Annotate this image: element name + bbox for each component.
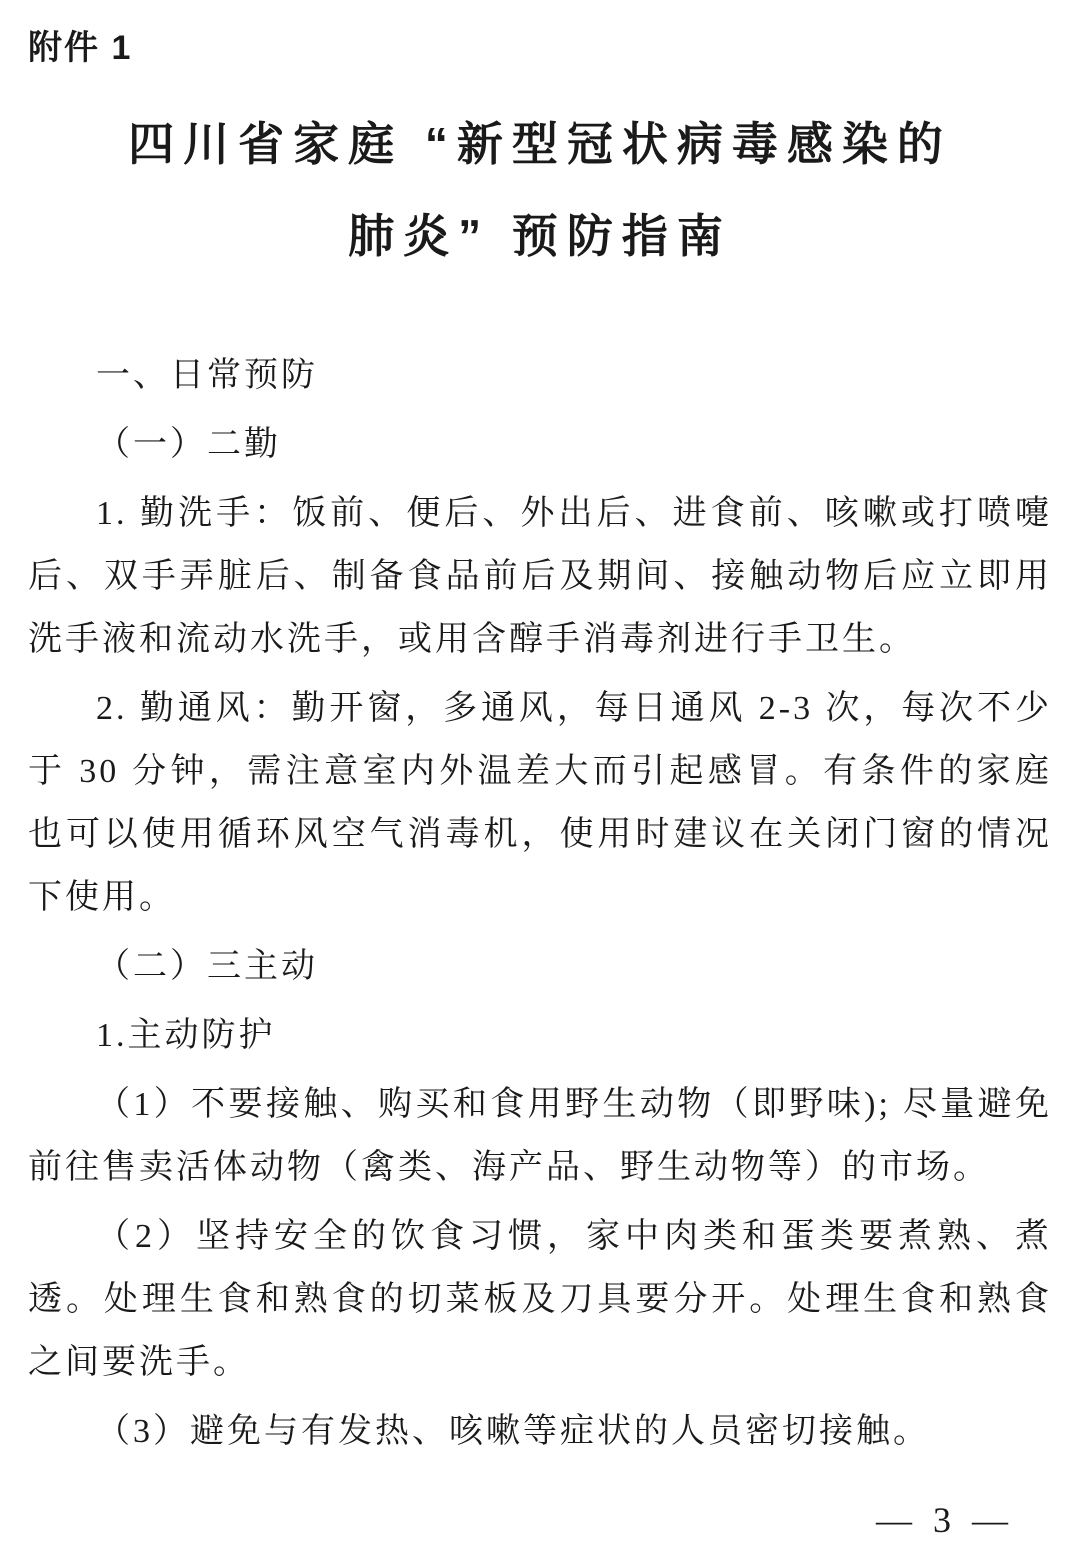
paragraph-ventilation: 2. 勤通风：勤开窗，多通风，每日通风 2-3 次，每次不少于 30 分钟，需注… (28, 677, 1052, 929)
title-line-2: 肺炎” 预防指南 (28, 190, 1052, 282)
page-number: — 3 — (876, 1499, 1014, 1541)
title-line-1: 四川省家庭 “新型冠状病毒感染的 (28, 98, 1052, 190)
attachment-label: 附件 1 (28, 26, 1052, 70)
paragraph-point-2-food-safety: （2）坚持安全的饮食习惯，家中肉类和蛋类要煮熟、煮透。处理生食和熟食的切菜板及刀… (28, 1205, 1052, 1394)
paragraph-point-3-avoid-contact: （3）避免与有发热、咳嗽等症状的人员密切接触。 (28, 1400, 1052, 1463)
section-heading-daily-prevention: 一、日常预防 (28, 344, 1052, 407)
subsection-heading-two-diligences: （一）二勤 (28, 413, 1052, 476)
document-body: 一、日常预防 （一）二勤 1. 勤洗手：饭前、便后、外出后、进食前、咳嗽或打喷嚏… (28, 344, 1052, 1463)
document-page: 附件 1 四川省家庭 “新型冠状病毒感染的 肺炎” 预防指南 一、日常预防 （一… (0, 0, 1080, 1565)
item-heading-active-protection: 1.主动防护 (28, 1004, 1052, 1067)
paragraph-wash-hands: 1. 勤洗手：饭前、便后、外出后、进食前、咳嗽或打喷嚏后、双手弄脏后、制备食品前… (28, 482, 1052, 671)
paragraph-point-1-wild-animals: （1）不要接触、购买和食用野生动物（即野味); 尽量避免前往售卖活体动物（禽类、… (28, 1073, 1052, 1199)
subsection-heading-three-initiatives: （二）三主动 (28, 935, 1052, 998)
document-title: 四川省家庭 “新型冠状病毒感染的 肺炎” 预防指南 (28, 98, 1052, 282)
